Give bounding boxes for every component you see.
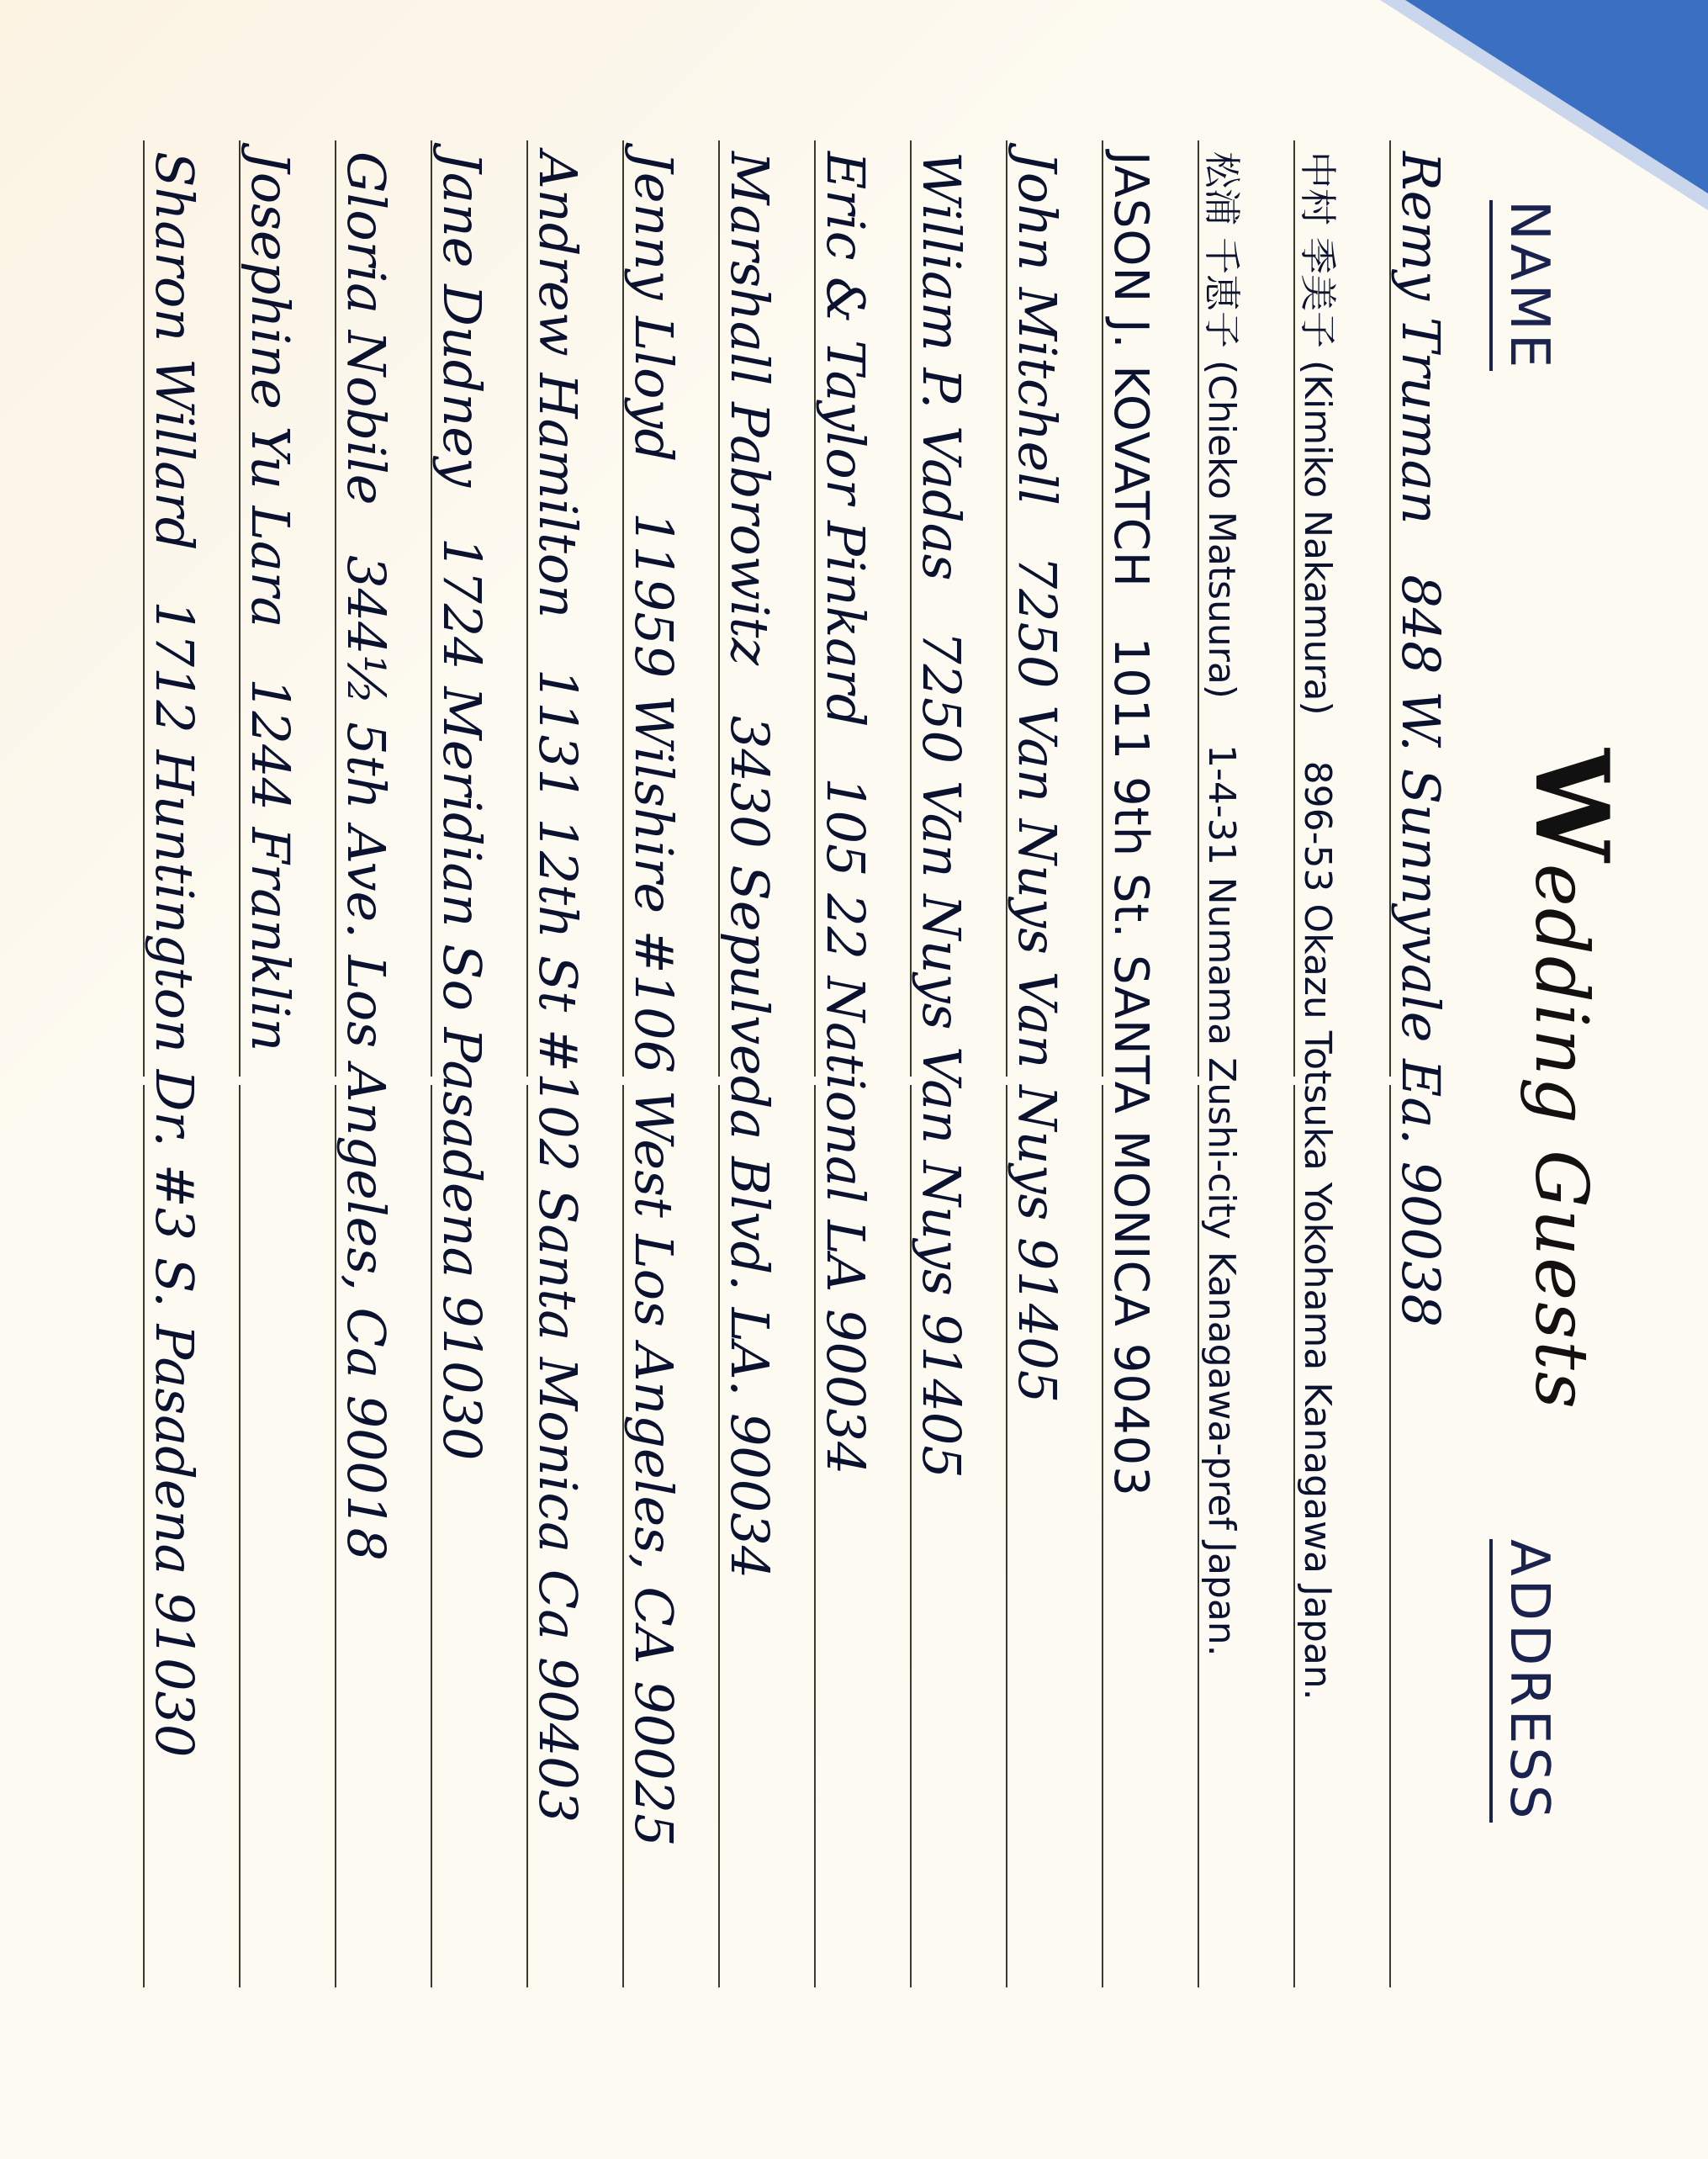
guest-name: John Mitchell <box>1011 151 1063 505</box>
guest-row: Andrew Hamilton 1131 12th St #102 Santa … <box>526 0 622 2159</box>
guest-entry: Josephine Yu Lara 1244 Franklin <box>244 151 296 2066</box>
guest-name: Gloria Nobile <box>340 151 392 505</box>
ruled-line <box>335 140 336 1077</box>
guest-entry: William P. Vadas 7250 Van Nuys Van Nuys … <box>915 151 967 2066</box>
ruled-line <box>718 1085 720 1987</box>
ruled-line <box>910 140 912 1077</box>
guest-address: 1724 Meridian So Pasadena 91030 <box>436 537 488 1461</box>
ruled-line <box>622 1085 624 1987</box>
ruled-line <box>239 1085 241 1987</box>
ruled-line <box>526 140 528 1077</box>
guest-row: William P. Vadas 7250 Van Nuys Van Nuys … <box>910 0 1006 2159</box>
guest-address: 3430 Sepulveda Blvd. LA. 90034 <box>723 716 775 1579</box>
guest-row: Jenny Lloyd 11959 Wilshire #106 West Los… <box>622 0 718 2159</box>
guest-row: JASON J. KOVATCH 1011 9th St. SANTA MONI… <box>1102 0 1198 2159</box>
guest-address: 344½ 5th Ave. Los Angeles, Ca 90018 <box>340 555 392 1561</box>
guest-address: 11959 Wilshire #106 West Los Angeles, CA… <box>627 512 679 1847</box>
guest-entry: 松浦 千恵子 (Chieko Matsuura) 1-4-31 Numama Z… <box>1203 151 1240 2066</box>
ruled-line <box>814 140 816 1077</box>
ruled-line <box>1198 140 1199 1077</box>
guest-row: 松浦 千恵子 (Chieko Matsuura) 1-4-31 Numama Z… <box>1198 0 1293 2159</box>
ruled-line <box>1389 140 1391 1077</box>
guest-name: Sharon Willard <box>148 151 200 550</box>
guest-row: Gloria Nobile 344½ 5th Ave. Los Angeles,… <box>335 0 431 2159</box>
guest-name: JASON J. KOVATCH <box>1107 151 1154 588</box>
ruled-line <box>143 1085 145 1987</box>
guest-name: Jane Dudney <box>436 151 488 487</box>
guest-name: Jenny Lloyd <box>627 151 679 462</box>
guest-address: 1-4-31 Numama Zushi-city Kanagawa-pref J… <box>1203 744 1240 1657</box>
ruled-line <box>910 1085 912 1987</box>
guest-row: Remy Truman 848 W. Sunnyvale Ea. 90038 <box>1389 0 1485 2159</box>
guest-name: Josephine Yu Lara <box>244 151 296 627</box>
guest-list: Remy Truman 848 W. Sunnyvale Ea. 90038 中… <box>0 0 1708 2159</box>
ruled-line <box>1102 140 1103 1077</box>
guest-address: 896-53 Okazu Totsuka Yokohama Kanagawa J… <box>1298 761 1335 1701</box>
guest-address: 1011 9th St. SANTA MONICA 90403 <box>1107 638 1154 1497</box>
guest-name: Marshall Pabrowitz <box>723 151 775 665</box>
guest-entry: Sharon Willard 1712 Huntington Dr. #3 S.… <box>148 151 200 2066</box>
guest-name: 松浦 千恵子 (Chieko Matsuura) <box>1203 151 1240 699</box>
guest-row: Eric & Taylor Pinkard 105 22 National LA… <box>814 0 910 2159</box>
ruled-line <box>814 1085 816 1987</box>
guest-name: Eric & Taylor Pinkard <box>819 151 871 727</box>
ruled-line <box>1006 140 1007 1077</box>
ruled-line <box>431 140 432 1077</box>
ruled-line <box>239 140 241 1077</box>
guest-address: 1244 Franklin <box>244 678 296 1051</box>
guest-row: John Mitchell 7250 Van Nuys Van Nuys 914… <box>1006 0 1102 2159</box>
ruled-line <box>1198 1085 1199 1987</box>
ruled-line <box>1293 140 1295 1077</box>
guest-book-page: Wedding Guests NAME ADDRESS Remy Truman … <box>0 0 1708 2159</box>
guest-entry: Jenny Lloyd 11959 Wilshire #106 West Los… <box>627 151 679 2066</box>
ruled-line <box>431 1085 432 1987</box>
guest-entry: Andrew Hamilton 1131 12th St #102 Santa … <box>531 151 584 2066</box>
guest-address: 1712 Huntington Dr. #3 S. Pasadena 91030 <box>148 601 200 1757</box>
guest-name: William P. Vadas <box>915 151 967 581</box>
guest-entry: Gloria Nobile 344½ 5th Ave. Los Angeles,… <box>340 151 392 2066</box>
guest-entry: 中村 季美子 (Kimiko Nakamura) 896-53 Okazu To… <box>1298 151 1335 2066</box>
guest-entry: John Mitchell 7250 Van Nuys Van Nuys 914… <box>1011 151 1063 2066</box>
guest-row: Sharon Willard 1712 Huntington Dr. #3 S.… <box>143 0 239 2159</box>
guest-entry: Eric & Taylor Pinkard 105 22 National LA… <box>819 151 871 2066</box>
guest-address: 7250 Van Nuys Van Nuys 91405 <box>1011 556 1063 1404</box>
guest-name: Andrew Hamilton <box>531 151 584 618</box>
ruled-line <box>1389 1085 1391 1987</box>
blue-backing-corner <box>1405 0 1708 193</box>
ruled-line <box>1102 1085 1103 1987</box>
guest-entry: Remy Truman 848 W. Sunnyvale Ea. 90038 <box>1394 151 1446 2066</box>
guest-row: Marshall Pabrowitz 3430 Sepulveda Blvd. … <box>718 0 814 2159</box>
ruled-line <box>718 140 720 1077</box>
ruled-line <box>1293 1085 1295 1987</box>
guest-address: 1131 12th St #102 Santa Monica Ca 90403 <box>531 669 584 1823</box>
guest-row: Josephine Yu Lara 1244 Franklin <box>239 0 335 2159</box>
guest-book-scan: Wedding Guests NAME ADDRESS Remy Truman … <box>0 0 1708 2159</box>
ruled-line <box>1006 1085 1007 1987</box>
ruled-line <box>526 1085 528 1987</box>
guest-name: 中村 季美子 (Kimiko Nakamura) <box>1298 151 1335 716</box>
ruled-line <box>143 140 145 1077</box>
guest-address: 848 W. Sunnyvale Ea. 90038 <box>1394 574 1446 1327</box>
guest-row: Jane Dudney 1724 Meridian So Pasadena 91… <box>431 0 526 2159</box>
guest-address: 7250 Van Nuys Van Nuys 91405 <box>915 631 967 1479</box>
guest-address: 105 22 National LA 90034 <box>819 777 871 1474</box>
guest-entry: JASON J. KOVATCH 1011 9th St. SANTA MONI… <box>1107 151 1154 2066</box>
ruled-line <box>622 140 624 1077</box>
guest-row: 中村 季美子 (Kimiko Nakamura) 896-53 Okazu To… <box>1293 0 1389 2159</box>
guest-entry: Jane Dudney 1724 Meridian So Pasadena 91… <box>436 151 488 2066</box>
ruled-line <box>335 1085 336 1987</box>
guest-entry: Marshall Pabrowitz 3430 Sepulveda Blvd. … <box>723 151 775 2066</box>
